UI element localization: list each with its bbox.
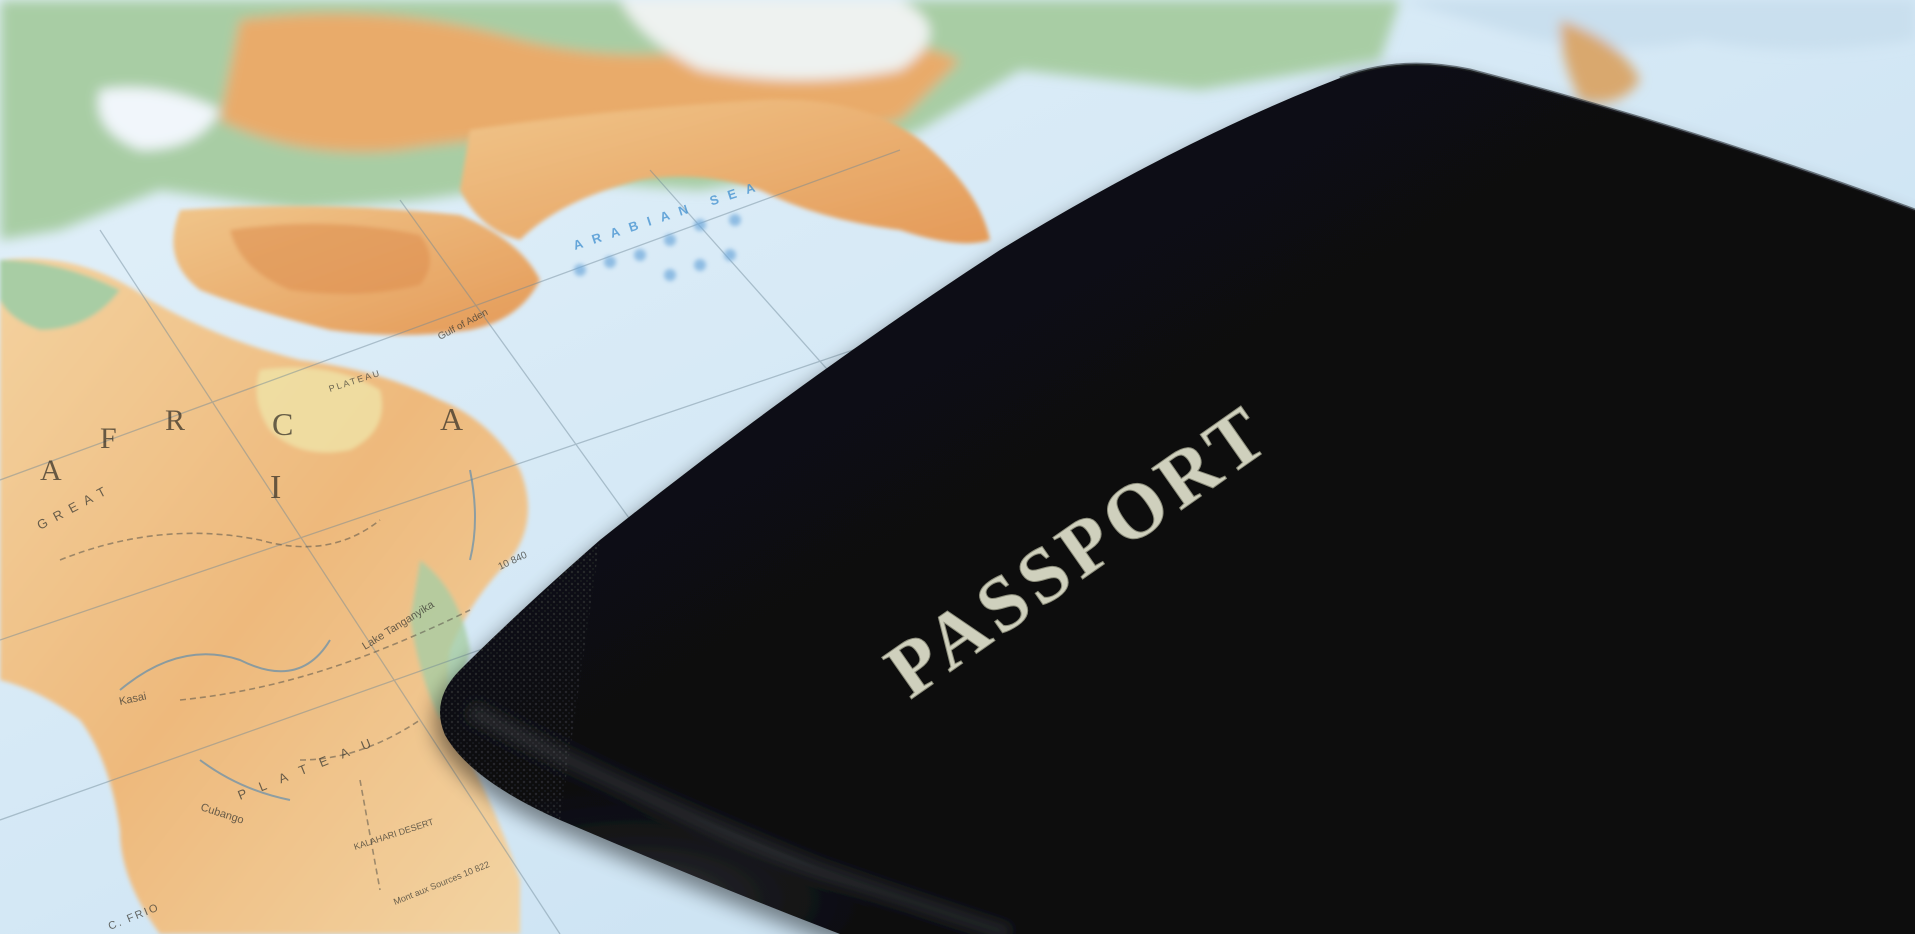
map-letter: F xyxy=(100,422,117,455)
photo-scene: ARABIAN SEA A F R I C A GREAT PLATEAU PL… xyxy=(0,0,1915,934)
map-letter: I xyxy=(270,469,281,506)
map-letter: R xyxy=(165,404,185,437)
map-letter: A xyxy=(40,454,62,487)
map-background: ARABIAN SEA A F R I C A GREAT PLATEAU PL… xyxy=(0,0,1915,934)
map-letter: C xyxy=(272,406,293,442)
map-letter: A xyxy=(440,401,463,437)
